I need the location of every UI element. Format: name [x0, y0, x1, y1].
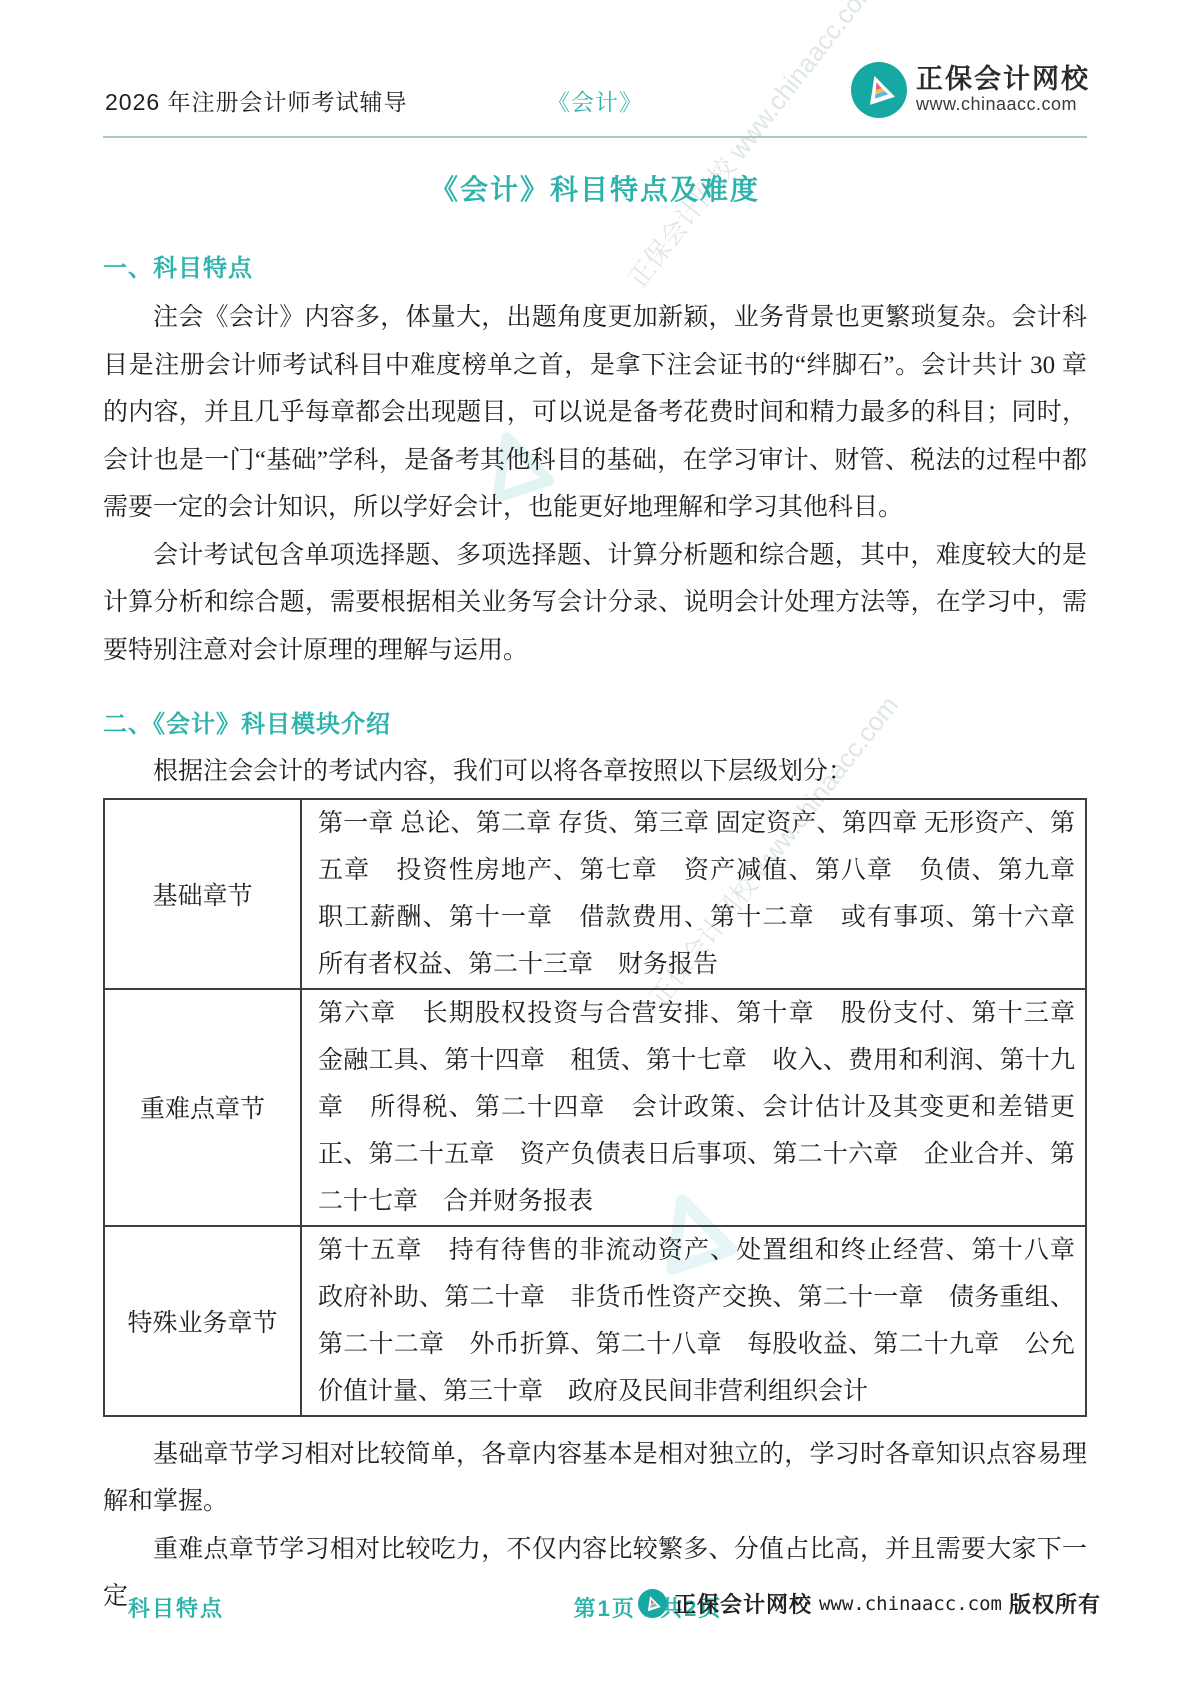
section2-intro: 根据注会会计的考试内容，我们可以将各章按照以下层级划分：: [103, 748, 1087, 796]
page-title: 《会计》科目特点及难度: [0, 168, 1190, 208]
document-page: 正保会计网校 www.chinaacc.com 正保会计网校 www.china…: [0, 0, 1190, 1683]
table-row-difficult: 重难点章节 第六章 长期股权投资与合营安排、第十章 股份支付、第十三章 金融工具…: [104, 989, 1086, 1226]
page-footer: 科目特点 第1页 / 共2页 正保会计网校 www.chinaacc.com 版…: [103, 1588, 1087, 1628]
after-table-paragraph1: 基础章节学习相对比较简单，各章内容基本是相对独立的，学习时各章知识点容易理解和掌…: [103, 1431, 1087, 1526]
brand-url: www.chinaacc.com: [916, 94, 1090, 115]
section1-paragraph1: 注会《会计》内容多，体量大，出题角度更加新颖，业务背景也更繁琐复杂。会计科目是注…: [103, 294, 1087, 532]
chapter-module-table: 基础章节 第一章 总论、第二章 存货、第三章 固定资产、第四章 无形资产、第五章…: [103, 798, 1087, 1417]
section1-heading: 一、科目特点: [103, 254, 1087, 284]
section1-paragraph2: 会计考试包含单项选择题、多项选择题、计算分析题和综合题，其中，难度较大的是计算分…: [103, 532, 1087, 675]
table-row-special: 特殊业务章节 第十五章 持有待售的非流动资产、处置组和终止经营、第十八章 政府补…: [104, 1226, 1086, 1416]
footer-copyright: 版权所有: [1009, 1588, 1101, 1619]
section2-heading: 二、《会计》科目模块介绍: [103, 710, 1087, 740]
watermark-text: 正保会计网校 www.chinaacc.com: [618, 0, 884, 295]
row-label: 重难点章节: [104, 989, 301, 1226]
brand-logo-icon: [851, 62, 907, 118]
row-content: 第六章 长期股权投资与合营安排、第十章 股份支付、第十三章 金融工具、第十四章 …: [301, 989, 1086, 1226]
footer-brand: 正保会计网校 www.chinaacc.com 版权所有: [638, 1588, 1101, 1619]
header-divider: [103, 136, 1087, 138]
footer-section-label: 科目特点: [128, 1592, 224, 1623]
footer-brand-name: 正保会计网校: [674, 1588, 812, 1619]
table-row-basic: 基础章节 第一章 总论、第二章 存货、第三章 固定资产、第四章 无形资产、第五章…: [104, 799, 1086, 989]
row-label: 特殊业务章节: [104, 1226, 301, 1416]
row-content: 第十五章 持有待售的非流动资产、处置组和终止经营、第十八章 政府补助、第二十章 …: [301, 1226, 1086, 1416]
header-brand: 正保会计网校 www.chinaacc.com: [851, 62, 1090, 118]
row-content: 第一章 总论、第二章 存货、第三章 固定资产、第四章 无形资产、第五章 投资性房…: [301, 799, 1086, 989]
brand-name: 正保会计网校: [916, 65, 1090, 95]
footer-brand-url: www.chinaacc.com: [819, 1593, 1002, 1615]
row-label: 基础章节: [104, 799, 301, 989]
document-body: 一、科目特点 注会《会计》内容多，体量大，出题角度更加新颖，业务背景也更繁琐复杂…: [103, 254, 1087, 1621]
footer-brand-logo-icon: [638, 1589, 667, 1618]
